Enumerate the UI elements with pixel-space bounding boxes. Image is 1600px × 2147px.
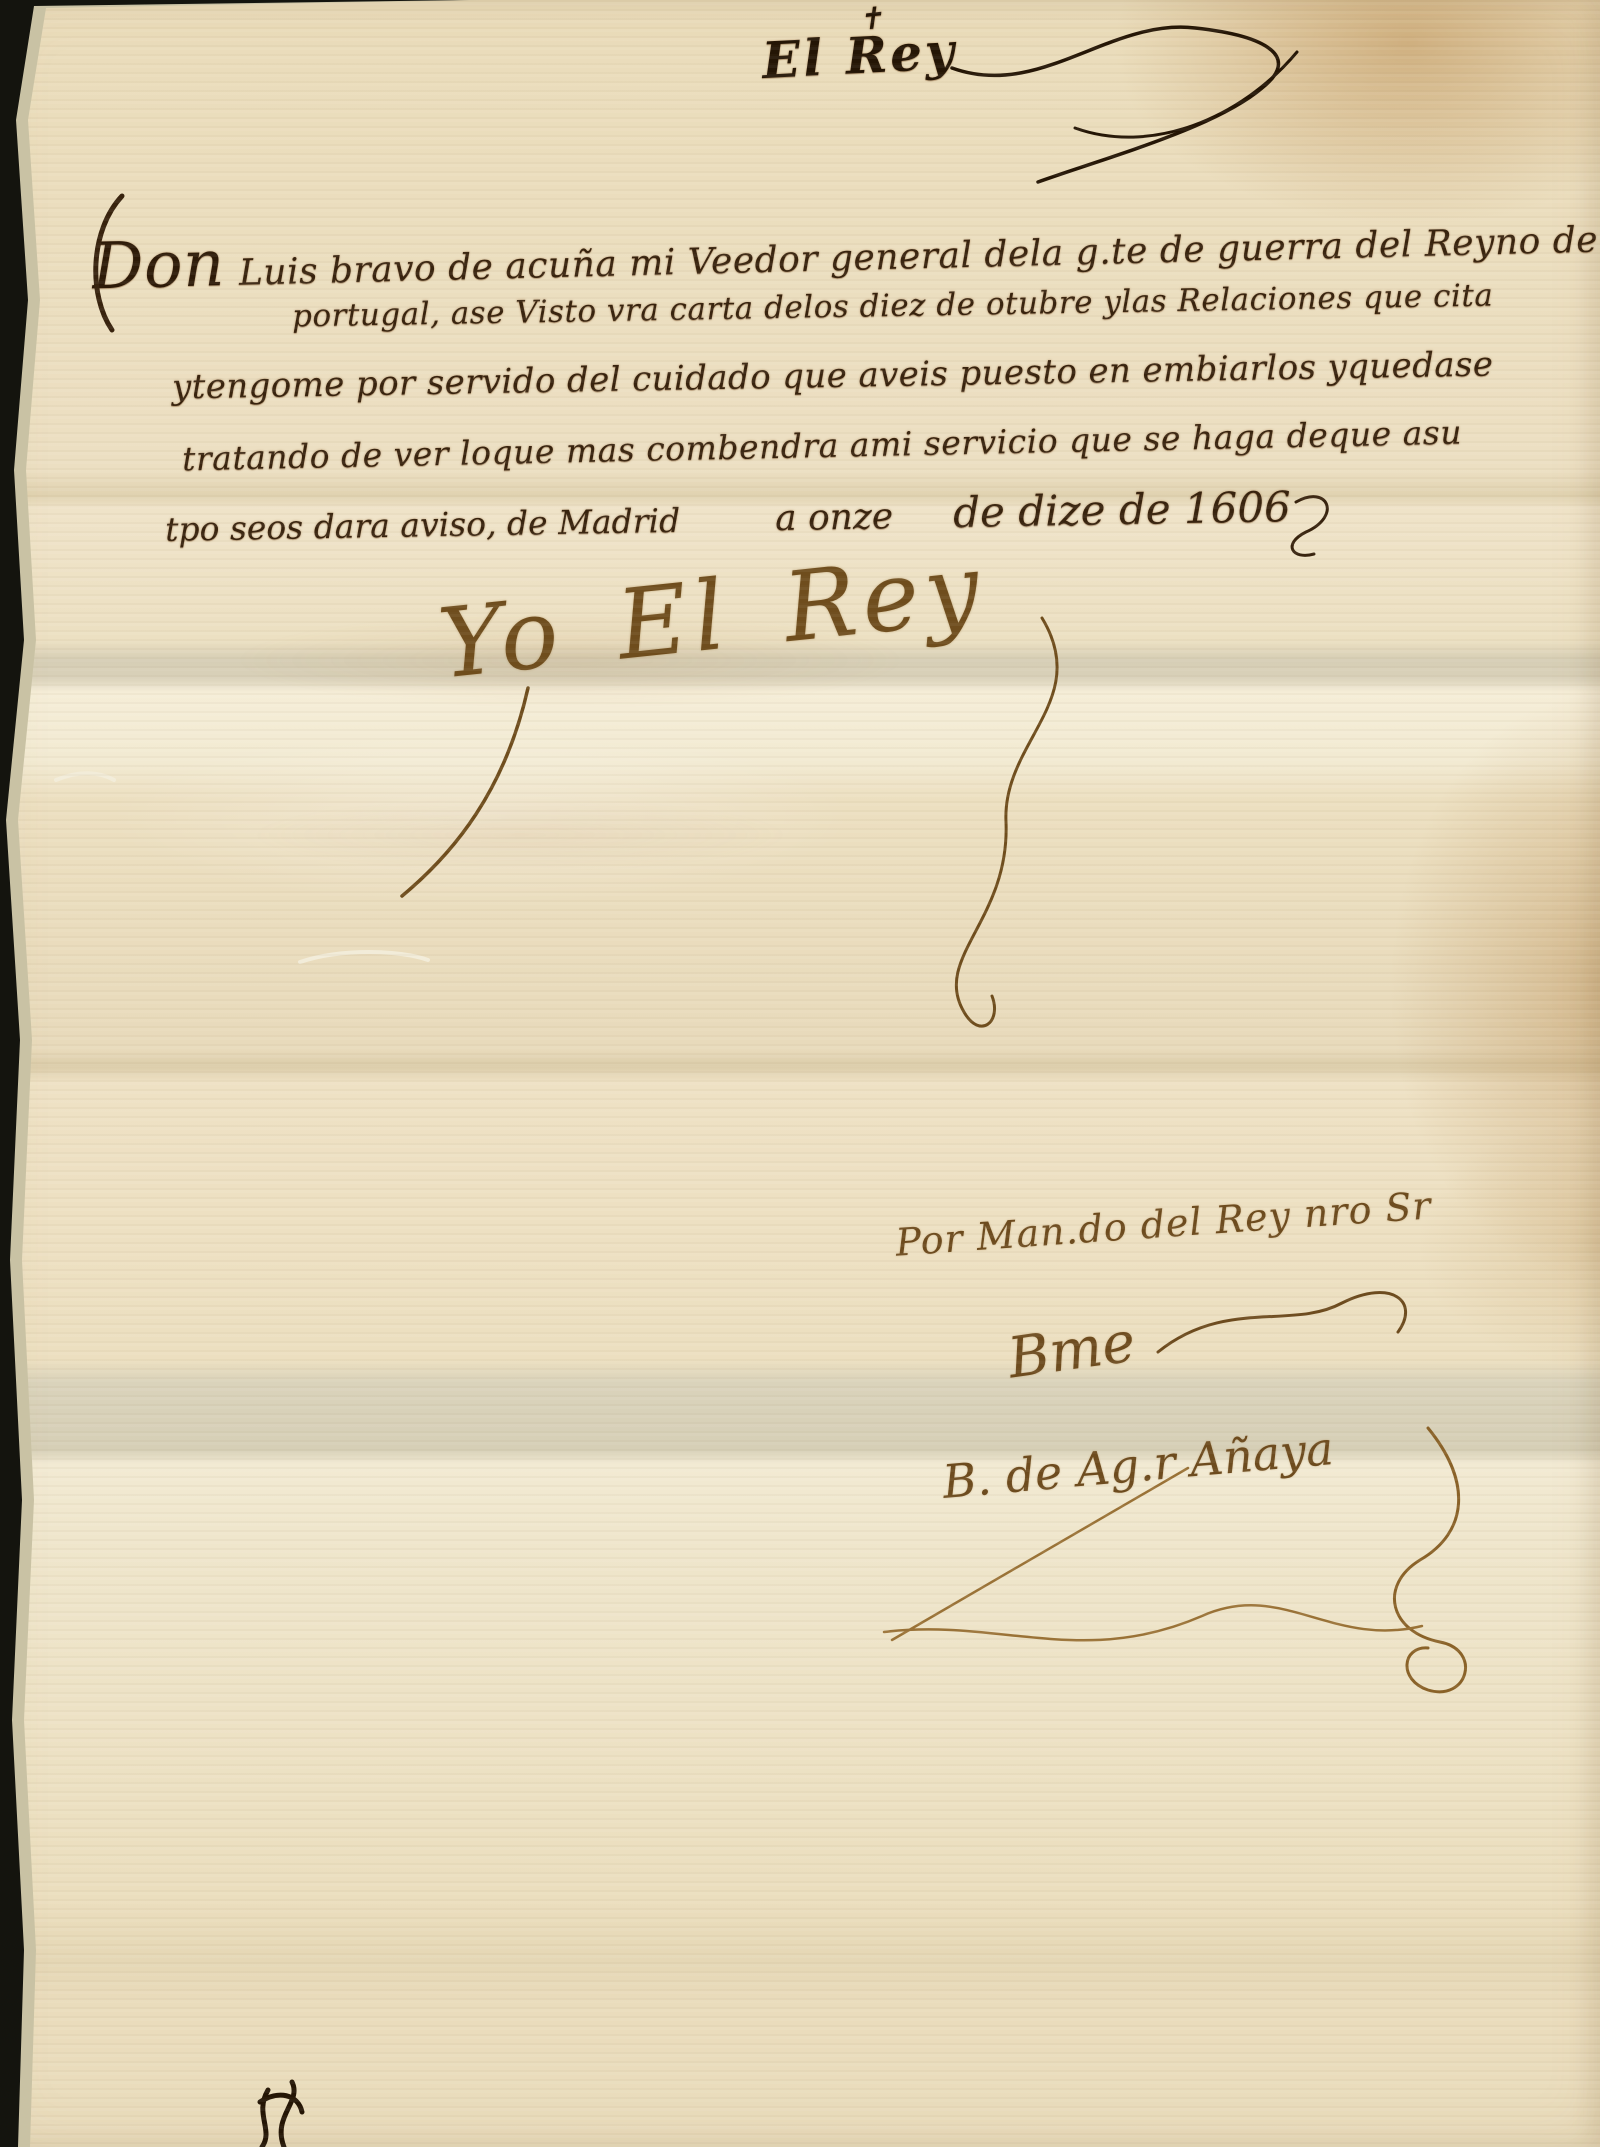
document-page: ✝ El Rey DonLuis bravo de acuña mi Veedo…: [0, 0, 1600, 2147]
countersignature-secretary-abbrev: Bme: [1004, 1309, 1139, 1391]
royal-signature-descender: [402, 688, 528, 896]
body-line-5-dateline: tpo seos dara aviso, de Madrida onzede d…: [165, 482, 1292, 551]
bottom-ink-mark: [260, 2082, 302, 2147]
opening-word: Don: [91, 227, 225, 304]
secretary-rubric-wave: [884, 1605, 1422, 1640]
royal-signature: Yo El Rey: [434, 532, 991, 701]
paper-scratch: [56, 773, 114, 780]
paper-scratch: [300, 952, 428, 962]
dateline-closing: tpo seos dara aviso, de Madrid: [165, 501, 681, 549]
header-title: El Rey: [761, 21, 959, 90]
body-line-3: ytengome por servido del cuidado que ave…: [172, 344, 1494, 407]
header-swash: [952, 27, 1278, 182]
dateline-date: de dize de 1606: [953, 482, 1292, 537]
countersignature-formula: Por Man.do del Rey nro Sr: [894, 1183, 1433, 1264]
royal-signature-tail: [956, 618, 1057, 1026]
dateline-day: a onze: [775, 496, 894, 539]
secretary-rubric-loops: [1394, 1428, 1465, 1692]
body-line-4: tratando de ver loque mas combendra ami …: [182, 413, 1463, 479]
secretary-flourish: [1158, 1293, 1406, 1352]
dateline-rubric: [1292, 497, 1327, 556]
countersignature-secretary-surname: B. de Ag.r Añaya: [940, 1421, 1335, 1509]
scan-background: ✝ El Rey DonLuis bravo de acuña mi Veedo…: [0, 0, 1600, 2147]
show-through-stain: [240, 790, 800, 880]
header-swash-cross: [1075, 52, 1297, 137]
